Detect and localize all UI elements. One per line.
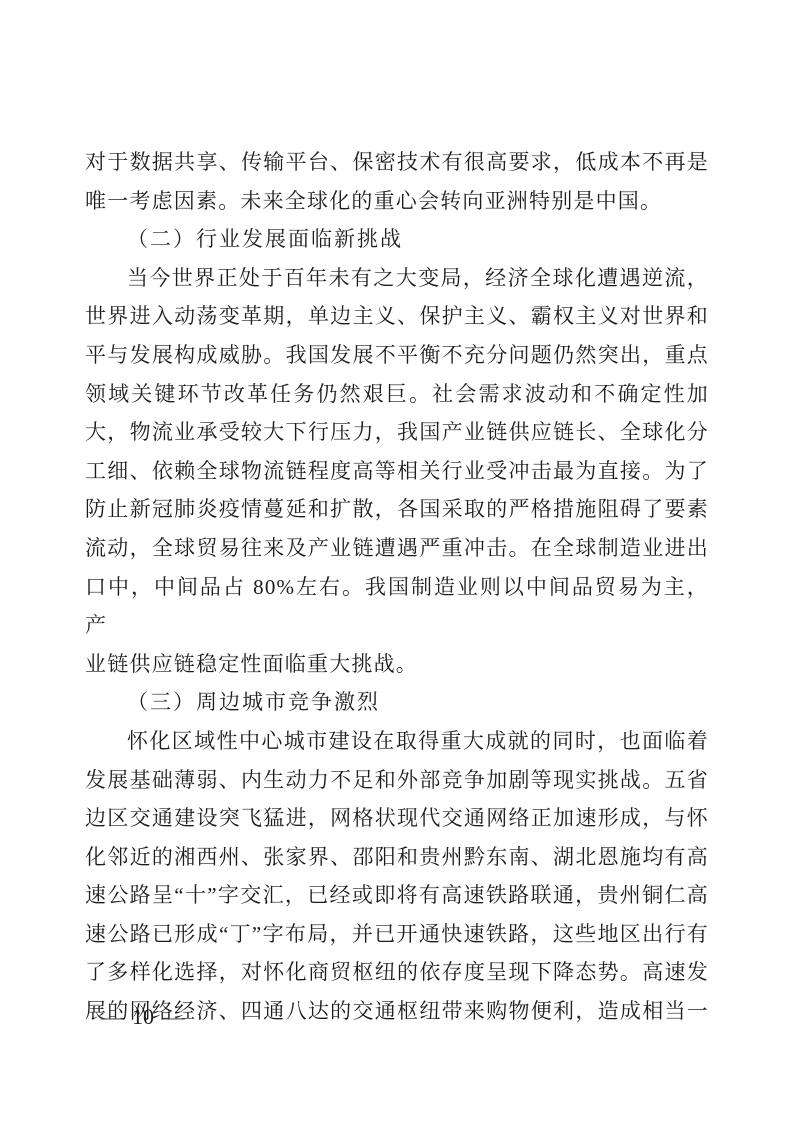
page-number: 10 bbox=[132, 1002, 154, 1032]
text-line: 速公路呈“十”字交汇，已经或即将有高速铁路联通，贵州铜仁高 bbox=[85, 876, 709, 915]
text-line: 平与发展构成威胁。我国发展不平衡不充分问题仍然突出，重点 bbox=[85, 336, 709, 375]
text-line: 防止新冠肺炎疫情蔓延和扩散，各国采取的严格措施阻碍了要素 bbox=[85, 490, 709, 529]
footer-dash-left: — bbox=[101, 1002, 123, 1032]
section-2-heading: （二）行业发展面临新挑战 bbox=[85, 220, 709, 259]
document-body: 对于数据共享、传输平台、保密技术有很高要求，低成本不再是 唯一考虑因素。未来全球… bbox=[85, 143, 709, 1031]
page-footer: — 10 — bbox=[101, 1002, 185, 1032]
text-line: 对于数据共享、传输平台、保密技术有很高要求，低成本不再是 bbox=[85, 143, 709, 182]
text-line: 当今世界正处于百年未有之大变局，经济全球化遭遇逆流， bbox=[85, 259, 709, 298]
text-line: 化邻近的湘西州、张家界、邵阳和贵州黔东南、湖北恩施均有高 bbox=[85, 838, 709, 877]
footer-dash-right: — bbox=[163, 1002, 185, 1032]
text-line: 速公路已形成“丁”字布局，并已开通快速铁路，这些地区出行有 bbox=[85, 915, 709, 954]
text-line: 口中，中间品占 80%左右。我国制造业则以中间品贸易为主，产 bbox=[85, 568, 709, 645]
text-line: 了多样化选择，对怀化商贸枢纽的依存度呈现下降态势。高速发 bbox=[85, 953, 709, 992]
section-3-heading: （三）周边城市竞争激烈 bbox=[85, 683, 709, 722]
text-line: 领域关键环节改革任务仍然艰巨。社会需求波动和不确定性加 bbox=[85, 375, 709, 414]
text-line: 边区交通建设突飞猛进，网格状现代交通网络正加速形成，与怀 bbox=[85, 799, 709, 838]
text-line: 怀化区域性中心城市建设在取得重大成就的同时，也面临着 bbox=[85, 722, 709, 761]
text-line: 工细、依赖全球物流链程度高等相关行业受冲击最为直接。为了 bbox=[85, 452, 709, 491]
text-line: 大，物流业承受较大下行压力，我国产业链供应链长、全球化分 bbox=[85, 413, 709, 452]
text-line: 业链供应链稳定性面临重大挑战。 bbox=[85, 645, 709, 684]
text-line: 发展基础薄弱、内生动力不足和外部竞争加剧等现实挑战。五省 bbox=[85, 761, 709, 800]
text-line: 唯一考虑因素。未来全球化的重心会转向亚洲特别是中国。 bbox=[85, 182, 709, 221]
text-line: 流动，全球贸易往来及产业链遭遇严重冲击。在全球制造业进出 bbox=[85, 529, 709, 568]
document-page: 对于数据共享、传输平台、保密技术有很高要求，低成本不再是 唯一考虑因素。未来全球… bbox=[0, 0, 793, 1122]
text-line: 世界进入动荡变革期，单边主义、保护主义、霸权主义对世界和 bbox=[85, 297, 709, 336]
